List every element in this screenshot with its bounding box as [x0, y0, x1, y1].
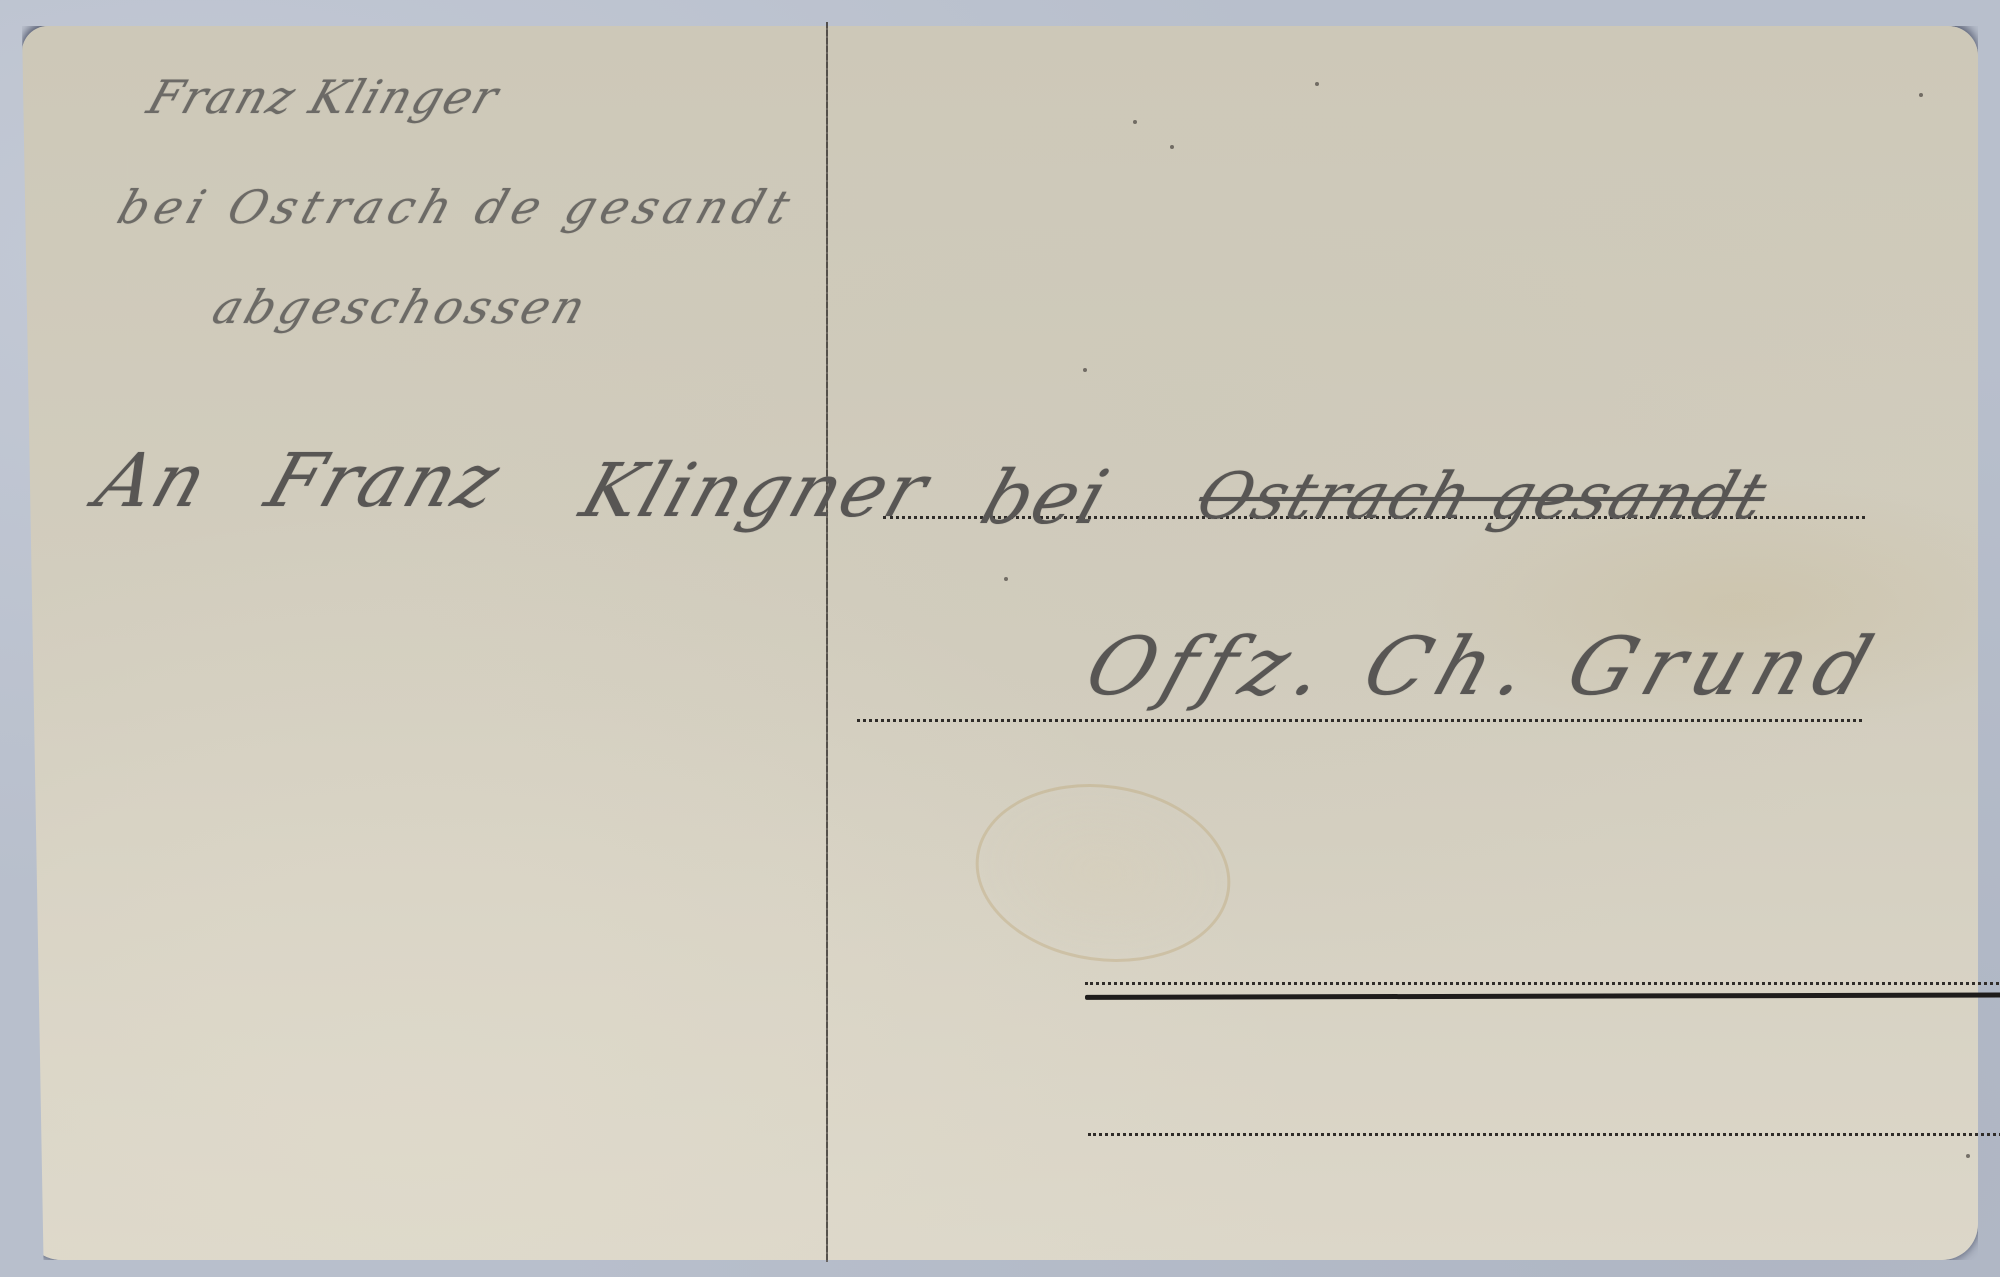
address-dotted-line-2	[857, 719, 1862, 722]
address-line2: Offz. Ch. Grund	[1075, 620, 1893, 713]
address-dotted-line-3	[1085, 982, 2000, 985]
address-line1-struck: Ostrach gesandt	[1188, 460, 1777, 534]
address-first-name: Franz	[256, 438, 511, 524]
paper-speck	[1004, 577, 1008, 581]
paper-speck	[1919, 93, 1923, 97]
paper-speck	[1966, 1154, 1970, 1158]
paper-speck	[1170, 145, 1174, 149]
note-line-1: Franz Klinger	[141, 70, 506, 124]
note-line-2: bei Ostrach de gesandt	[111, 180, 802, 234]
address-dotted-line-4	[1088, 1133, 2000, 1136]
address-surname: Klingner	[571, 448, 939, 534]
note-line-3: abgeschossen	[206, 280, 596, 334]
paper-speck	[1083, 368, 1087, 372]
paper-speck	[1315, 82, 1319, 86]
paper-speck	[1133, 120, 1137, 124]
center-divider-line	[826, 22, 828, 1262]
